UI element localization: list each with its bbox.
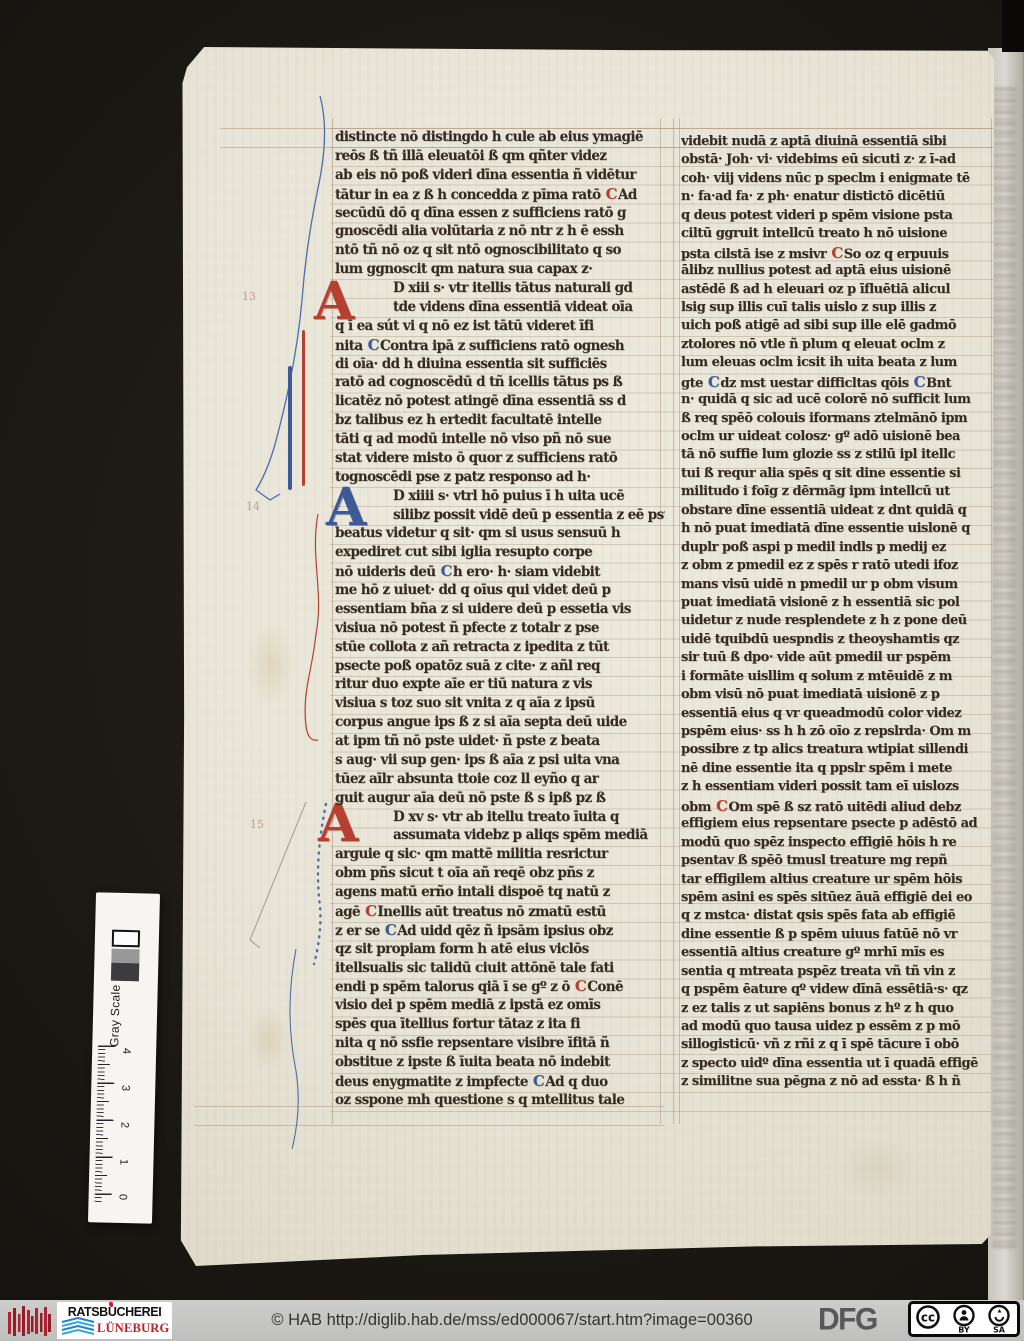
manuscript-text-line: tar effigilem altius creature ur spēm hō… (681, 871, 995, 889)
manuscript-text-line: ratō ad cognoscēdū d tñ icellis tātus ps… (335, 373, 665, 392)
manuscript-text-line: videbit nudā z aptā diuinā essentiā sibi (681, 133, 995, 151)
cc-icon: cc (921, 1311, 935, 1325)
manuscript-text-line: ad modū quo tausa uidez p essēm z p mō (681, 1018, 995, 1036)
manuscript-text-line: oz sspone mh questione s q mtellitus tal… (335, 1091, 665, 1110)
manuscript-text-line: assumata videbz p aliqs spēm mediā (335, 826, 665, 845)
manuscript-text-line: visiua s toz suo sit vnita z q aīa z ips… (335, 694, 665, 713)
manuscript-text-line: at ipm tñ nō pste uidet· ñ pste z beata (335, 732, 665, 751)
manuscript-text-line: guit augur aīa deū nō pste ß s ipß pz ß (335, 789, 665, 808)
manuscript-text-line: agē CInellis aūt treatus nō zmatū estū (335, 902, 665, 921)
background-shadow (1002, 0, 1024, 52)
manuscript-text-line: beatus videtur q sit· qm si usus sensuū … (335, 524, 665, 543)
manuscript-text-line: uidē tquibdū uespndis z theoyshamtis qz (681, 631, 995, 649)
ruler-tick-label: 3 (119, 1081, 131, 1095)
manuscript-text-line: secūdū dō q dīna essen z sufficiens ratō… (335, 204, 665, 223)
manuscript-text-line: gte Cdz mst uestar difficltas qōis CBnt (681, 373, 995, 391)
manuscript-text-line: essentiam bña z si uidere deū p essetia … (335, 600, 665, 619)
margin-question-number: 15 (250, 818, 264, 831)
manuscript-text-line: sir tuū ß dpo· vide aūt pmedil ur pspēm (681, 649, 995, 667)
manuscript-text-line: z similitne sua pēgna z nō ad essta· ß h… (681, 1073, 995, 1091)
manuscript-text-line: q ī ea sút vi q nō ez ist tātū videret ī… (335, 317, 665, 336)
manuscript-text-line: distincte nō distingdo h cule ab eius ym… (335, 128, 665, 147)
manuscript-text-line: z h essentiam videri possit tam eī uislo… (681, 778, 995, 796)
manuscript-text-line: tui ß requr alia spēs q sit dine essenti… (681, 465, 995, 483)
manuscript-text-line: D xiiii s· vtrl hō puius ī h uita ucē (335, 487, 665, 506)
manuscript-text-line: i formāte uisllim q solum z mtēuidē z m (681, 668, 995, 686)
manuscript-text-line: itellsualis sic talidū ciuit attōnē tale… (335, 959, 665, 978)
manuscript-left-column: distincte nō distingdo h cule ab eius ym… (335, 128, 665, 1112)
manuscript-text-line: obm visū nō puat imediatā uisionē z p (681, 686, 995, 704)
manuscript-text-line: nē dine essentie ita q ppslr spēm i mete (681, 760, 995, 778)
manuscript-text-line: q z mstca· distat qsis spēs fata ab effi… (681, 907, 995, 925)
manuscript-text-line: tā nō suffie lum glozie ss z stilū ipl i… (681, 446, 995, 464)
manuscript-page: A A A 13 14 15 distincte nō distingdo h … (178, 44, 995, 1266)
manuscript-text-line: essentiā altius creature gº mrhī mīs es (681, 944, 995, 962)
manuscript-text-line: tāti q ad modū intelle nō viso pñ nō sue (335, 430, 665, 449)
manuscript-text-line: visiua nō potest ñ pfecte z totalr z pse (335, 619, 665, 638)
ruler-tick-label: 2 (118, 1118, 130, 1132)
manuscript-text-line: puat imediatā visionē z h essentiā sic p… (681, 594, 995, 612)
manuscript-text-line: tognoscēdi pse z patz responso ad h· (335, 468, 665, 487)
manuscript-text-line: me hō z uiuet· dd q oīus qui videt deū p (335, 581, 665, 600)
manuscript-text-line: spēm asini es spēs sitūez āuā effigiē de… (681, 889, 995, 907)
manuscript-text-line: q deus potest videri p spēm visione psta (681, 207, 995, 225)
manuscript-text-line: psentav ß spēō tmusl treature mg repñ (681, 852, 995, 870)
manuscript-text-line: possibre z tp alics treatura wtipiat sil… (681, 741, 995, 759)
sa-label: SA (993, 1326, 1006, 1335)
manuscript-text-line: obstare dīne essentiā uideat z dnt quidā… (681, 502, 995, 520)
manuscript-text-line: psta cilstā ise z msivr CSo oz q erpuuis (681, 244, 995, 262)
manuscript-text-line: di oīa· dd h diuina essentia sit suffici… (335, 355, 665, 374)
manuscript-text-line: corpus angue ips ß z si aīa septa deū ui… (335, 713, 665, 732)
manuscript-text-line: z specto uidº dīna essentia ut ī quadā e… (681, 1055, 995, 1073)
digitized-manuscript-photo: A A A 13 14 15 distincte nō distingdo h … (0, 0, 1024, 1341)
penwork-red (305, 514, 318, 740)
manuscript-text-line: qz sit propiam form h atē eius viclōs (335, 940, 665, 959)
manuscript-text-line: agens matū erño intali dispoē tq natū z (335, 883, 665, 902)
manuscript-text-line: nō uideris deū Ch ero· h· siam videbit (335, 562, 665, 581)
manuscript-text-line: essentiā eius q vr queadmodū color videz (681, 705, 995, 723)
manuscript-text-line: sentia q mtreata pspēz treata vñ tñ vin … (681, 963, 995, 981)
gray-swatch-mid (111, 949, 139, 964)
ruler-ticks (94, 1045, 116, 1203)
manuscript-text-line: h nō puat imediatā dīne essentie uislonē… (681, 520, 995, 538)
manuscript-text-line: z ez talis z ut sapiēns bonus z hº z h q… (681, 1000, 995, 1018)
manuscript-text-line: dine essentie ß p spēm uiuus fatūē nō vr (681, 926, 995, 944)
manuscript-text-line: oclm ur uideat colosz· gº adō uisionē be… (681, 428, 995, 446)
cc-by-sa-badge: cc BY SA (908, 1301, 1020, 1337)
manuscript-text-line: uich poß atigē ad sibi sup ille elē gadm… (681, 317, 995, 335)
manuscript-text-line: tātur in ea z ß h concedda z pīma ratō C… (335, 185, 665, 204)
manuscript-text-line: nita CContra ipā z sufficiens ratō ognes… (335, 336, 665, 355)
manuscript-text-line: effigiem eius repsentare psecte p adēstō… (681, 815, 995, 833)
manuscript-text-line: arguie q sic· qm mattē militia resrictur (335, 845, 665, 864)
manuscript-text-line: endi p spēm talorus qiā ī se gº z ō CCon… (335, 977, 665, 996)
initial-stem-red (302, 330, 305, 486)
manuscript-text-line: uidetur z nude resplendete z h z pone de… (681, 612, 995, 630)
manuscript-text-line: ciltū ggruit intellcū treato h nō uision… (681, 225, 995, 243)
manuscript-text-line: D xv s· vtr ab itellu treato īuita q (335, 808, 665, 827)
initial-stem-blue (288, 366, 292, 490)
sa-arrow-icon (998, 1309, 1002, 1312)
penwork-blue-lower (290, 949, 298, 1149)
manuscript-text-line: coh· viij videns nūc p speclm i enigmate… (681, 170, 995, 188)
gray-swatch-white (112, 930, 140, 948)
credit-bar: RATSBUCHEREI LÜNEBURG © HAB http://digli… (0, 1300, 1024, 1341)
manuscript-text-line: nita q nō ssfie repsentare visibre īfitā… (335, 1034, 665, 1053)
fore-edge-texture (992, 88, 1016, 1248)
by-label: BY (958, 1326, 970, 1335)
manuscript-text-line: ntō tñ nō oz q sit ntō ognoscibilitato q… (335, 241, 665, 260)
manuscript-text-line: stat videre misto ō quor z sufficiens ra… (335, 449, 665, 468)
manuscript-text-line: licatēz nō potest atingē dīna essentiā s… (335, 392, 665, 411)
manuscript-text-line: visio dei p spēm mediā z ipstā ez omīs (335, 996, 665, 1015)
manuscript-text-line: pspēm eius· ss h h zō oīo z repslrda· Om… (681, 723, 995, 741)
manuscript-text-line: mans visū uidē n pmedil ur p obm visum (681, 576, 995, 594)
manuscript-text-line: q pspēm ēature qº videw dīnā essētiā·s· … (681, 981, 995, 999)
manuscript-text-line: obm COm spē ß sz ratō uitēdi aliud debz (681, 797, 995, 815)
cc-license-icons: cc BY SA (911, 1304, 1017, 1334)
manuscript-text-line: deus enygmatite z impfecte CAd q duo (335, 1072, 665, 1091)
dfg-logo: DFG (818, 1302, 877, 1338)
manuscript-text-line: tde videns dīna essentiā videat oīa (335, 298, 665, 317)
manuscript-text-line: ztolores nō vtle ñ plum q eleuat oclm z (681, 336, 995, 354)
manuscript-text-line: psecte poß opatōz suā z cite· z añl req (335, 657, 665, 676)
manuscript-text-line: stūe collota z añ retracta z ipedita z t… (335, 638, 665, 657)
margin-question-number: 14 (246, 500, 260, 513)
manuscript-text-line: obm pñs sicut t oīa añ reqē obz pñs z (335, 864, 665, 883)
manuscript-text-line: modū quo spēz inspecto effigiē hōis h re (681, 834, 995, 852)
manuscript-text-line: z obm z pmedil ez z spēs r ratō utedi if… (681, 557, 995, 575)
manuscript-text-line: militudo i foīg z dērmāg ipm intellcū ut (681, 483, 995, 501)
manuscript-right-column: videbit nudā z aptā diuinā essentiā sibi… (681, 133, 995, 1095)
ruler-tick-label: 0 (116, 1190, 128, 1204)
manuscript-text-line: ß req spēō colouis iformans ztelmānō ipm (681, 410, 995, 428)
manuscript-text-line: expediret cut sibi iglia resupto corpe (335, 543, 665, 562)
manuscript-text-line: astēdē ß ad h eleuari oz p īfluētiā alic… (681, 281, 995, 299)
by-person-icon (962, 1310, 967, 1315)
manuscript-text-line: z er se CAd uidd qēz ñ ipsām ipsius obz (335, 921, 665, 940)
manuscript-text-line: silibz possit vidē deū p essentia z eē p… (335, 506, 665, 525)
manuscript-text-line: lsig sup illis cuī talis uislo z sup ill… (681, 299, 995, 317)
manuscript-text-line: bz talibus ez h ertedit facultatē intell… (335, 411, 665, 430)
ruler-tick-label: 4 (120, 1044, 132, 1058)
manuscript-text-line: tūez aīlr absunta ttoie coz ll eyño q ar (335, 770, 665, 789)
margin-question-number: 13 (242, 290, 256, 303)
manuscript-text-line: spēs qua ītellius fortur tātaz z ita fi (335, 1015, 665, 1034)
manuscript-text-line: ālibz nullius potest ad aptā eius uision… (681, 262, 995, 280)
manuscript-text-line: ritur duo expte aīe er tiū natura z vis (335, 675, 665, 694)
manuscript-text-line: lum ggnoscit qm natura sua capax z· (335, 260, 665, 279)
gray-scale-ruler: Gray Scale 4 3 2 1 0 (88, 892, 160, 1223)
manuscript-text-line: lum eleuas oclm icsit ih uita beata z lu… (681, 354, 995, 372)
manuscript-text-line: duplr poß aspi p medil indls p medij ez (681, 539, 995, 557)
manuscript-text-line: obstā· Joh· vi· videbims eū sicuti z· z … (681, 151, 995, 169)
manuscript-text-line: n· quidā q sic ad ucē colorē nō sufficit… (681, 391, 995, 409)
manuscript-text-line: s aug· vii sup gen· ips ß aīa z psi uita… (335, 751, 665, 770)
manuscript-text-line: obstitue z ipste ß īuita beata nō indebi… (335, 1053, 665, 1072)
manuscript-text-line: n· fa·ad fa· z ph· enatur distictō dicēt… (681, 188, 995, 206)
ruler-tick-label: 1 (117, 1155, 129, 1169)
manuscript-text-line: sillogisticū· vñ z rñi z q ī spē tācure … (681, 1036, 995, 1054)
manuscript-text-line: reōs ß tñ illā eleuatōi ß qm qñter videz (335, 147, 665, 166)
manuscript-text-line: gnoscēdi alia volūtaria z nō ntr z h ē e… (335, 222, 665, 241)
manuscript-text-line: D xiii s· vtr itellis tātus naturali gd (335, 279, 665, 298)
manuscript-text-line: ab eis nō poß videri dīna essentia ñ vid… (335, 166, 665, 185)
